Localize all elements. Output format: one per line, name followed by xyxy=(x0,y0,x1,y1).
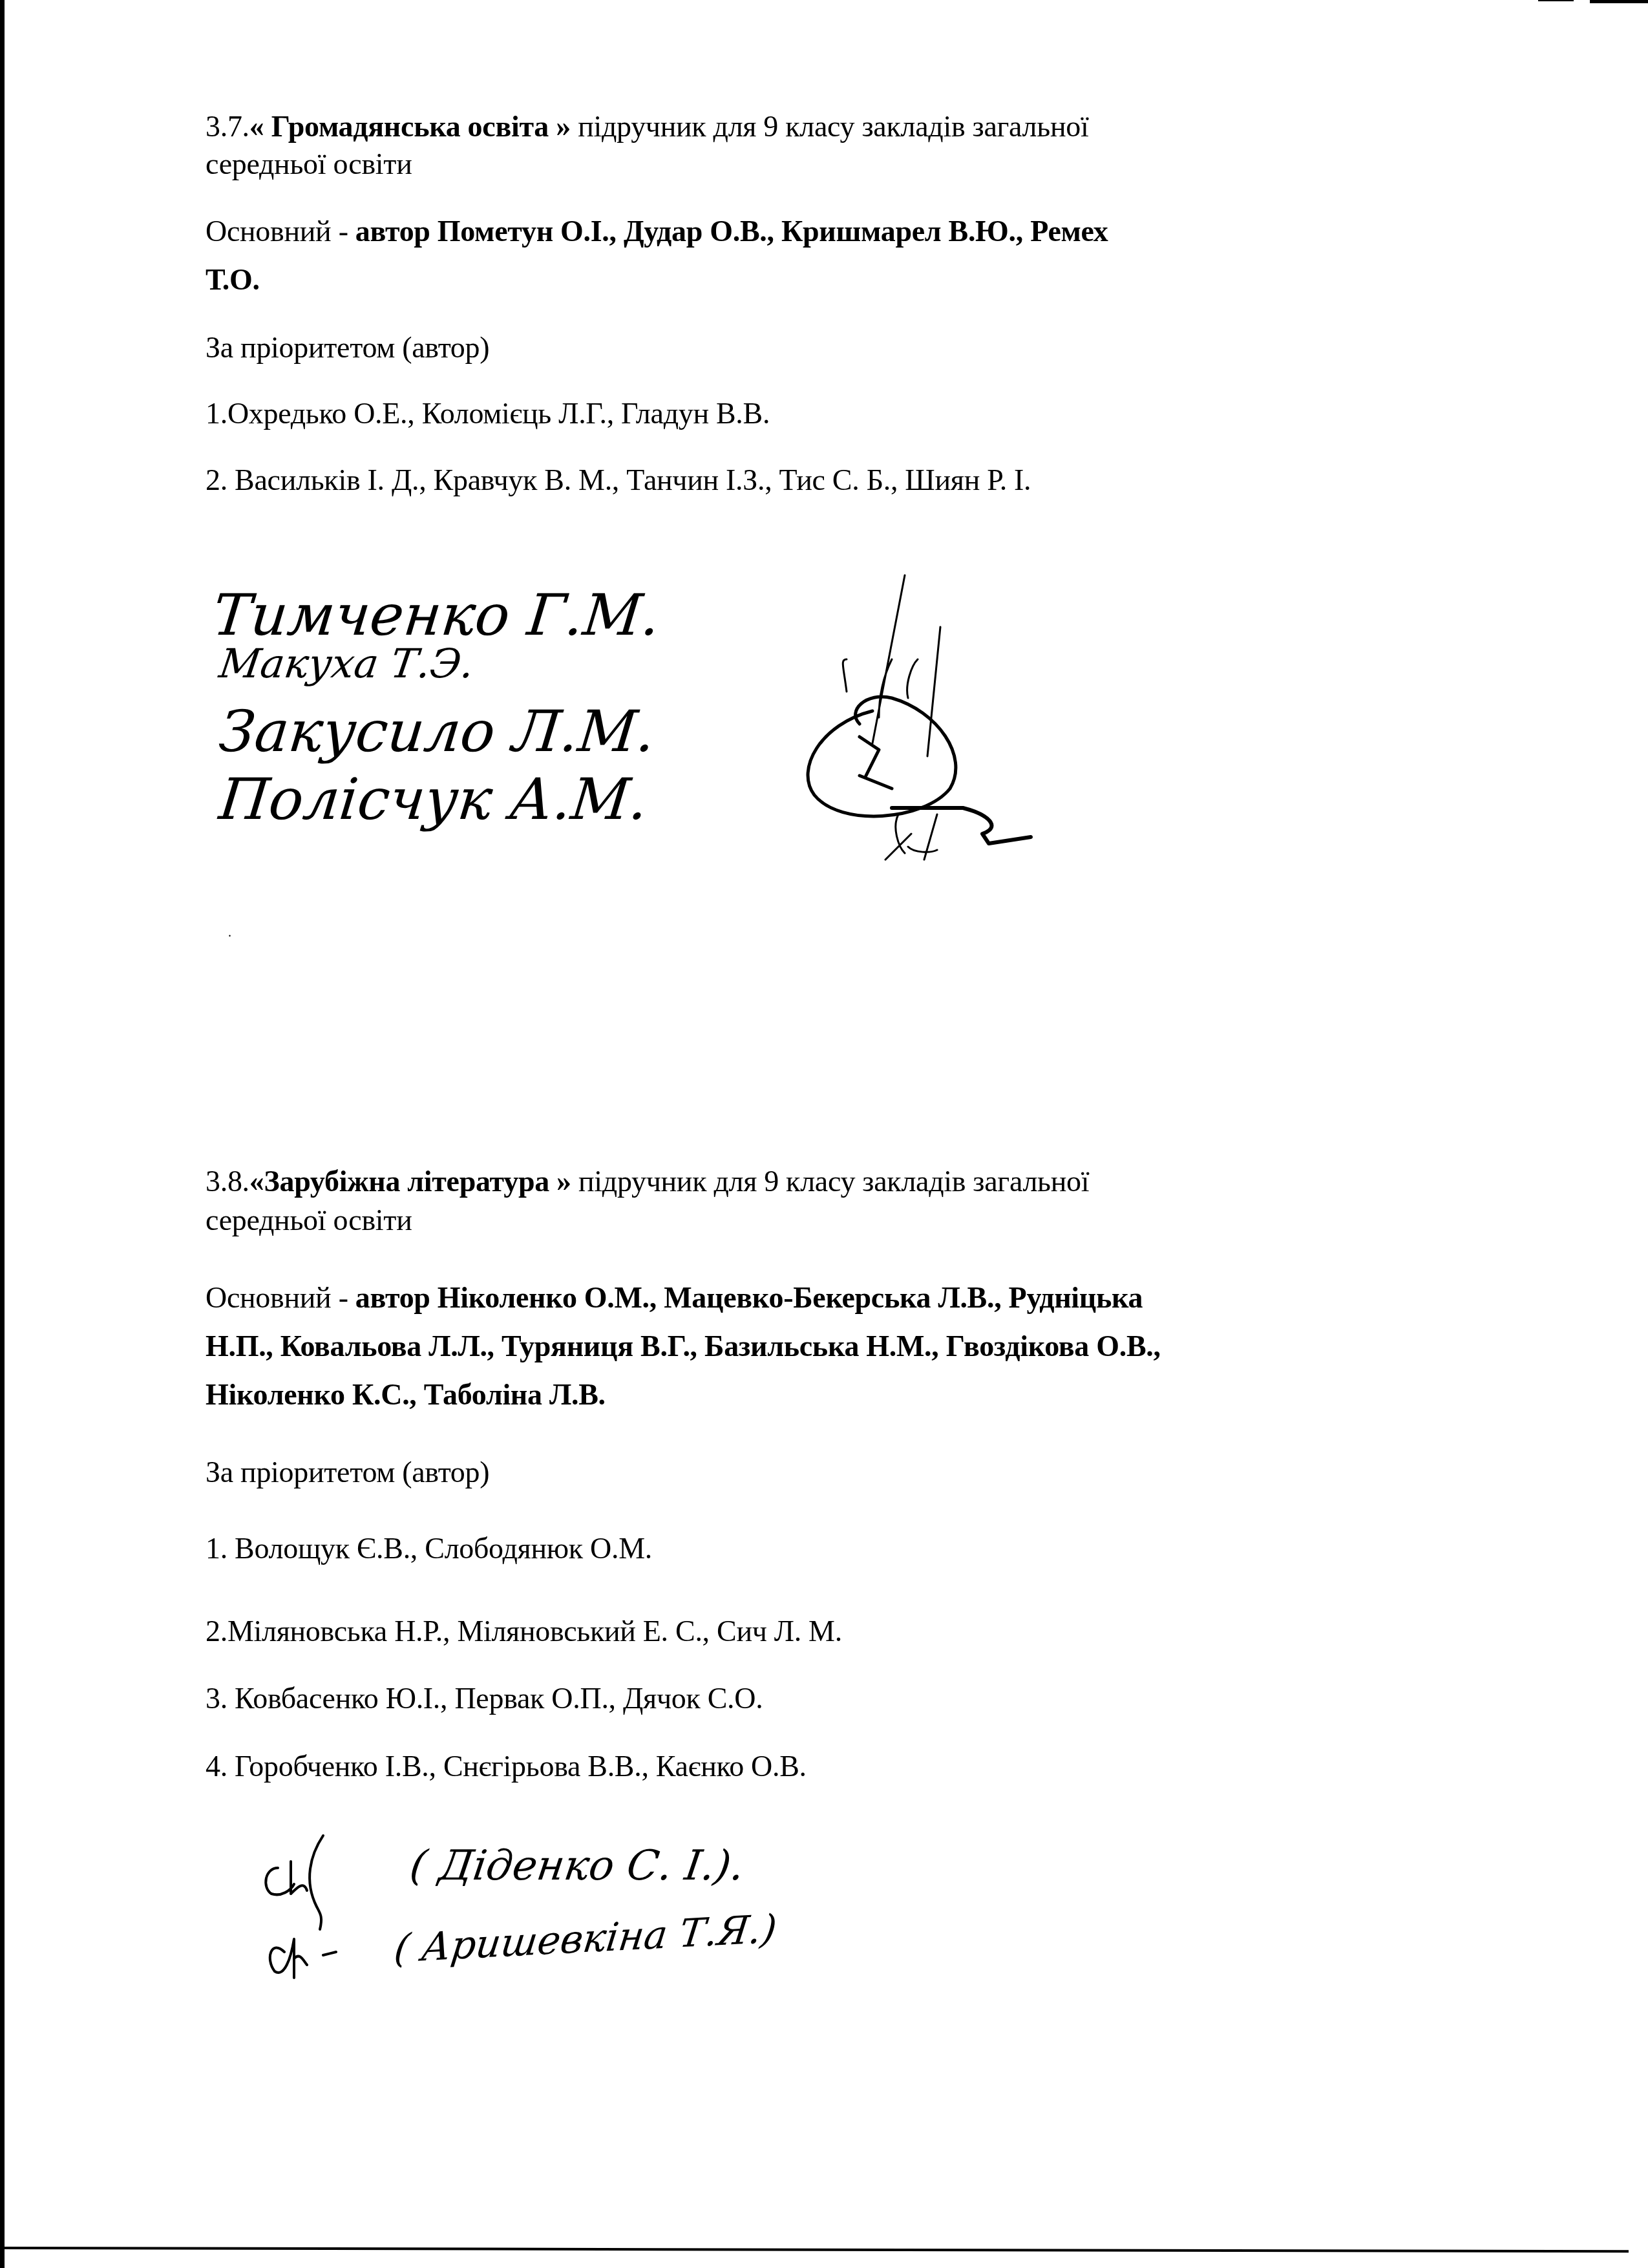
textbook-subtitle: підручник для 9 класу закладів загальної xyxy=(571,1165,1089,1198)
main-label: Основний - xyxy=(206,1281,355,1314)
section-heading: 3.8.«Зарубіжна література » підручник дл… xyxy=(206,1163,1089,1200)
quote-close: » xyxy=(549,1165,571,1198)
main-authors: Основний - автор Ніколенко О.М., Мацевко… xyxy=(206,1280,1143,1316)
scan-border-left xyxy=(0,0,5,2268)
handwritten-name: ( Аришевкіна Т.Я.) xyxy=(392,1906,779,1972)
quote-open: « xyxy=(249,110,271,143)
priority-item: 4. Горобченко І.В., Снєгірьова В.В., Кає… xyxy=(206,1748,807,1785)
priority-item: 3. Ковбасенко Ю.І., Первак О.П., Дячок С… xyxy=(206,1680,763,1717)
section-number: 3.7. xyxy=(206,110,249,143)
scan-border-bottom xyxy=(0,2247,1629,2252)
section-subtitle-cont: середньої освіти xyxy=(206,146,412,182)
handwritten-name: Макуха Т.Э. xyxy=(217,640,478,687)
handwritten-name: ( Діденко С. І.). xyxy=(407,1842,747,1890)
priority-item: 1.Охредько О.Е., Коломієць Л.Г., Гладун … xyxy=(206,396,770,432)
handwritten-name: Полісчук А.М. xyxy=(217,766,651,832)
author-label: автор xyxy=(355,215,438,248)
main-label: Основний - xyxy=(206,215,355,248)
signature-scribbles xyxy=(795,562,1215,863)
main-authors-cont: Н.П., Ковальова Л.Л., Туряниця В.Г., Баз… xyxy=(206,1328,1161,1364)
section-subtitle-cont: середньої освіти xyxy=(206,1202,412,1238)
handwritten-name: Закусило Л.М. xyxy=(217,698,659,765)
textbook-title: Зарубіжна література xyxy=(264,1165,549,1198)
main-authors-list: Пометун О.І., Дудар О.В., Кришмарел В.Ю.… xyxy=(438,215,1108,248)
priority-item: 1. Волощук Є.В., Слободянюк О.М. xyxy=(206,1531,652,1567)
section-heading: 3.7.« Громадянська освіта » підручник дл… xyxy=(206,109,1088,145)
main-authors-cont: Т.О. xyxy=(206,262,260,298)
main-authors-list: Ніколенко О.М., Мацевко-Бекерська Л.В., … xyxy=(438,1281,1143,1314)
signature-scribbles: ( Діденко С. І.). ( Аришевкіна Т.Я.) xyxy=(259,1829,349,1981)
priority-label: За пріоритетом (автор) xyxy=(206,1454,489,1490)
quote-close: » xyxy=(549,110,571,143)
scan-border-top xyxy=(1538,0,1574,1)
stray-mark: . xyxy=(228,915,231,951)
textbook-title: Громадянська освіта xyxy=(271,110,549,143)
signature-icon xyxy=(795,562,1215,860)
priority-label: За пріоритетом (автор) xyxy=(206,330,489,366)
scan-border-top-right xyxy=(1590,0,1648,3)
textbook-subtitle: підручник для 9 класу закладів загальної xyxy=(571,110,1088,143)
main-authors-cont: Ніколенко К.С., Таболіна Л.В. xyxy=(206,1377,606,1413)
priority-item: 2. Васильків І. Д., Кравчук В. М., Танчи… xyxy=(206,462,1031,498)
author-label: автор xyxy=(355,1281,438,1314)
quote-open: « xyxy=(249,1165,264,1198)
handwritten-name: Тимченко Г.М. xyxy=(210,582,664,648)
signature-icon xyxy=(259,1829,349,1978)
main-authors: Основний - автор Пометун О.І., Дудар О.В… xyxy=(206,213,1108,249)
section-number: 3.8. xyxy=(206,1165,249,1198)
priority-item: 2.Міляновська Н.Р., Міляновський Е. С., … xyxy=(206,1613,842,1649)
